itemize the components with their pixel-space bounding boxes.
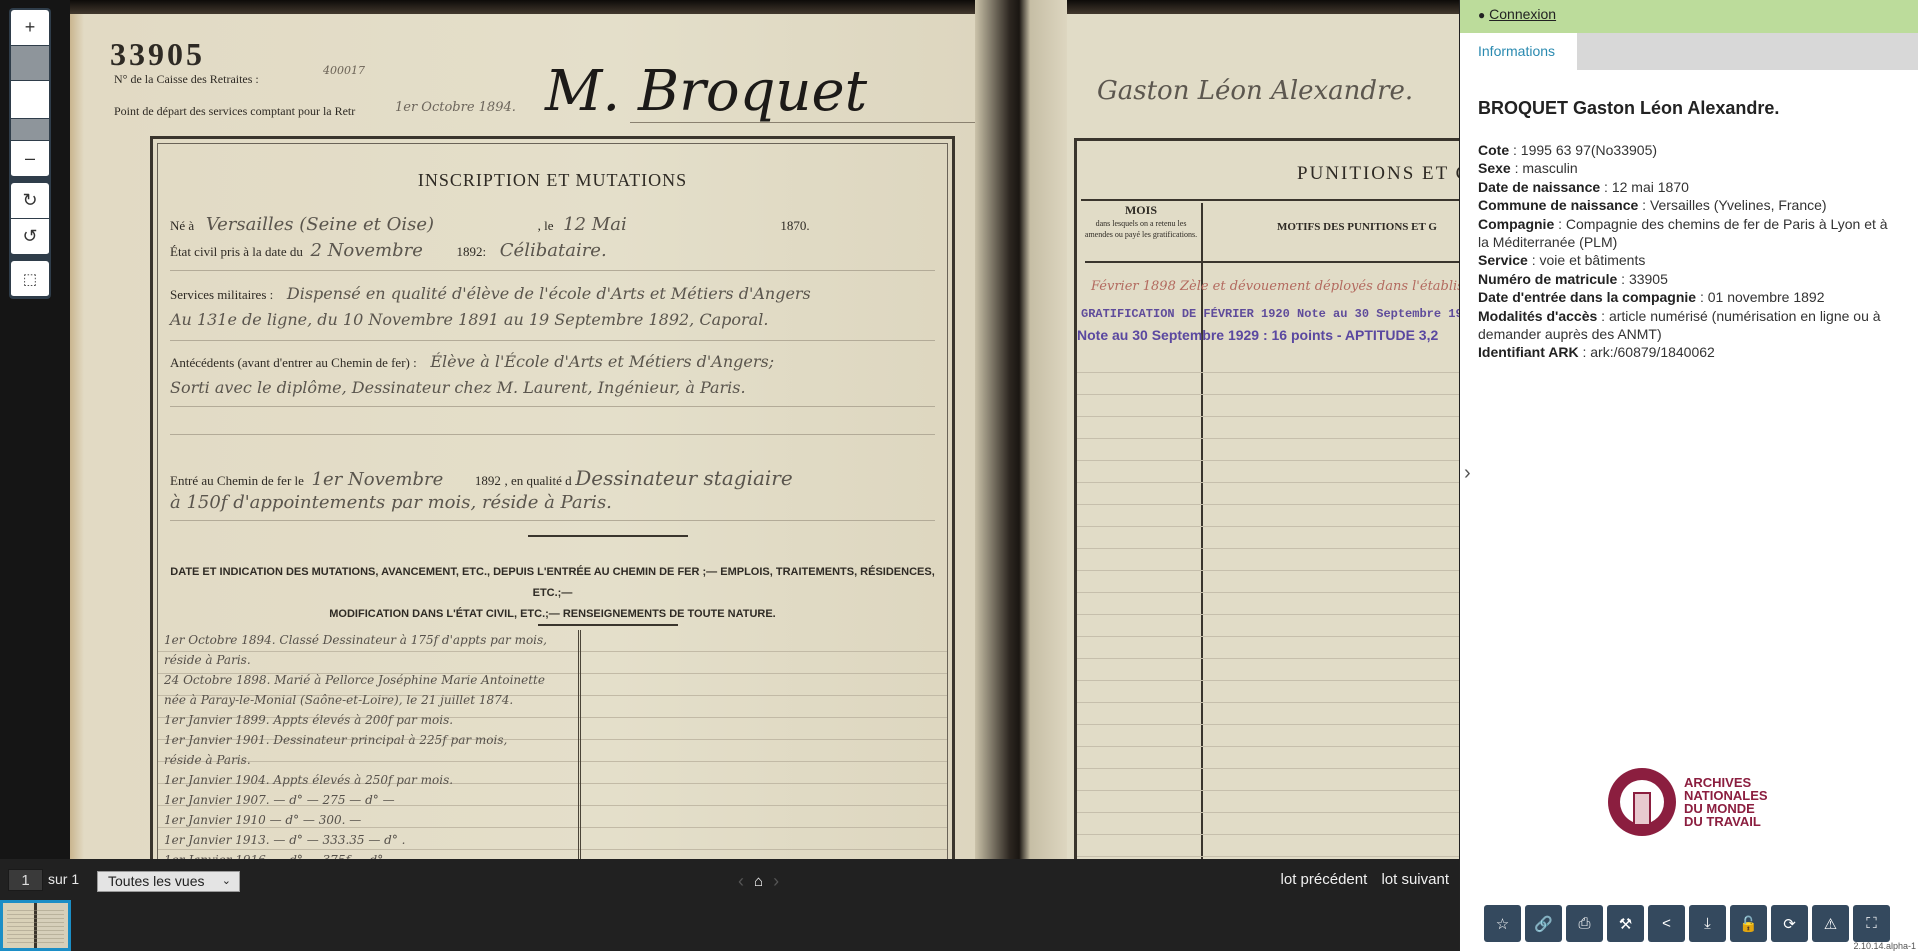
- ruled-lines: [1077, 351, 1459, 859]
- collapse-panel-arrow-icon[interactable]: ›: [1464, 462, 1471, 485]
- action-toolbar: ☆ 🔗 ⎙ ⚒ < ⤓ 🔓 ⟳ ⚠ ⛶: [1484, 905, 1890, 942]
- mutation-entry: 1er Janvier 1910 — d° — 300. —: [164, 810, 574, 830]
- refresh-icon: ⟳: [1783, 915, 1796, 933]
- mutation-entry: 1er Janvier 1907. — d° — 275 — d° —: [164, 790, 574, 810]
- rule: [1081, 199, 1459, 201]
- depart-value: 1er Octobre 1894.: [395, 100, 516, 115]
- print-icon: ⎙: [1578, 915, 1590, 932]
- field-value: masculin: [1522, 160, 1577, 176]
- birth-le: , le: [538, 218, 554, 233]
- field-value: voie et bâtiments: [1540, 252, 1646, 268]
- lot-navigation: lot précédent lot suivant: [1271, 871, 1449, 888]
- warning-icon: ⚠: [1824, 915, 1837, 933]
- anmt-logo: ARCHIVES NATIONALES DU MONDE DU TRAVAIL: [1608, 768, 1768, 836]
- zoom-slider-track[interactable]: [11, 119, 49, 141]
- birth-date: 12 Mai: [563, 214, 627, 235]
- field-label: Cote: [1478, 142, 1509, 158]
- field-label: Date de naissance: [1478, 179, 1600, 195]
- field-cote: Cote : 1995 63 97(No33905): [1478, 141, 1900, 159]
- rule: [170, 520, 935, 521]
- panel-body: BROQUET Gaston Léon Alexandre. Cote : 19…: [1460, 70, 1918, 362]
- viewer-bottom-bar: sur 1 Toutes les vues ⌄ ‹ ⌂ › lot précéd…: [0, 859, 1459, 951]
- field-value: 01 novembre 1892: [1708, 289, 1825, 305]
- zoom-toolbar: + – ↻ ↺ ⬚: [9, 8, 51, 299]
- view-filter-value: Toutes les vues: [108, 873, 205, 889]
- field-label: Commune de naissance: [1478, 197, 1638, 213]
- minus-icon: –: [25, 148, 35, 169]
- surname-heading: M. Broquet: [545, 59, 867, 124]
- caisse-label: N° de la Caisse des Retraites :: [114, 72, 259, 87]
- info-panel: ● Connexion Informations › BROQUET Gasto…: [1459, 0, 1918, 951]
- login-link[interactable]: Connexion: [1489, 6, 1556, 22]
- previous-image-arrow-icon[interactable]: ‹: [738, 871, 744, 892]
- entry-line2: à 150f d'appointements par mois, réside …: [170, 492, 612, 513]
- field-separator: :: [1600, 179, 1612, 195]
- field-ark: Identifiant ARK : ark:/60879/1840062: [1478, 343, 1900, 361]
- fullscreen-icon: ⛶: [1866, 915, 1877, 932]
- military-line2: Au 131e de ligne, du 10 Novembre 1891 au…: [170, 310, 768, 329]
- zoom-slider-track[interactable]: [11, 46, 49, 81]
- rule: [170, 434, 935, 435]
- field-value: ark:/60879/1840062: [1590, 344, 1715, 360]
- field-separator: :: [1638, 197, 1650, 213]
- refresh-button[interactable]: ⟳: [1771, 905, 1808, 942]
- entry-year: 1892: [475, 473, 501, 488]
- download-icon: ⤓: [1704, 915, 1711, 932]
- unlock-icon: 🔓: [1739, 915, 1758, 933]
- field-value: 1995 63 97(No33905): [1521, 142, 1657, 158]
- zoom-in-button[interactable]: +: [11, 10, 49, 46]
- field-separator: :: [1579, 344, 1591, 360]
- register-number: 33905: [110, 36, 205, 73]
- military-row: Services militaires : Dispensé en qualit…: [170, 284, 935, 303]
- tools-button[interactable]: ⚒: [1607, 905, 1644, 942]
- field-matricule: Numéro de matricule : 33905: [1478, 270, 1900, 288]
- mutations-list: 1er Octobre 1894. Classé Dessinateur à 1…: [164, 630, 574, 859]
- rule: [1085, 261, 1459, 263]
- ornament-rule: [528, 535, 688, 537]
- mutation-entry: 1er Janvier 1904. Appts élevés à 250f pa…: [164, 770, 574, 790]
- mutation-entry: 24 Octobre 1898. Marié à Pellorce Joséph…: [164, 670, 574, 690]
- rule: [170, 270, 935, 271]
- mutation-entry: réside à Paris.: [164, 650, 574, 670]
- entry-date: 1er Novembre: [312, 469, 444, 490]
- field-separator: :: [1528, 252, 1540, 268]
- field-separator: :: [1597, 308, 1609, 324]
- field-label: Service: [1478, 252, 1528, 268]
- mois-subtitle: dans lesquels on a retenu les amendes ou…: [1083, 218, 1199, 240]
- field-label: Identifiant ARK: [1478, 344, 1579, 360]
- print-button[interactable]: ⎙: [1566, 905, 1603, 942]
- rotate-left-button[interactable]: ↺: [11, 219, 49, 255]
- caisse-value: 400017: [323, 64, 365, 77]
- antecedents-row-2: Sorti avec le diplôme, Dessinateur chez …: [170, 378, 935, 397]
- magic-wand-icon: ⚒: [1619, 915, 1632, 933]
- antecedents-row: Antécédents (avant d'entrer au Chemin de…: [170, 352, 935, 371]
- mutation-entry: 1er Janvier 1899. Appts élevés à 200f pa…: [164, 710, 574, 730]
- entry-qualite-label: , en qualité d: [504, 473, 571, 488]
- report-button[interactable]: ⚠: [1812, 905, 1849, 942]
- stamp-line-2: Note au 30 Septembre 1929 : 16 points - …: [1077, 327, 1438, 343]
- chevron-down-icon: ⌄: [222, 872, 231, 891]
- field-label: Modalités d'accès: [1478, 308, 1597, 324]
- field-label: Numéro de matricule: [1478, 271, 1617, 287]
- field-label: Compagnie: [1478, 216, 1554, 232]
- field-date-naissance: Date de naissance : 12 mai 1870: [1478, 178, 1900, 196]
- rotate-right-button[interactable]: ↻: [11, 183, 49, 219]
- rotate-right-icon: ↻: [22, 190, 37, 211]
- previous-lot-link[interactable]: lot précédent: [1281, 871, 1368, 888]
- field-date-entree: Date d'entrée dans la compagnie : 01 nov…: [1478, 288, 1900, 306]
- logo-line: DU TRAVAIL: [1684, 815, 1768, 828]
- mutation-entry: 1er Janvier 1901. Dessinateur principal …: [164, 730, 574, 750]
- military-row-2: Au 131e de ligne, du 10 Novembre 1891 au…: [170, 310, 935, 329]
- left-page: 33905 N° de la Caisse des Retraites : 40…: [70, 14, 975, 859]
- selection-tool-button[interactable]: ⬚: [11, 261, 49, 297]
- civil-status-value: Célibataire.: [500, 240, 607, 261]
- rotate-left-icon: ↺: [22, 226, 37, 247]
- logo-seal-icon: [1608, 768, 1676, 836]
- page-number-input[interactable]: [8, 869, 43, 891]
- birth-row: Né à Versailles (Seine et Oise) , le 12 …: [170, 214, 935, 235]
- rule: [170, 340, 935, 341]
- tab-informations[interactable]: Informations: [1460, 33, 1577, 70]
- download-button[interactable]: ⤓: [1689, 905, 1726, 942]
- birth-year: 1870.: [780, 218, 809, 233]
- field-separator: :: [1511, 160, 1523, 176]
- home-image-icon[interactable]: ⌂: [754, 873, 763, 890]
- user-icon: ●: [1478, 8, 1485, 22]
- plus-icon: +: [25, 17, 36, 38]
- view-filter-select[interactable]: Toutes les vues ⌄: [97, 871, 240, 892]
- mutations-header-line1: DATE ET INDICATION DES MUTATIONS, AVANCE…: [168, 562, 937, 604]
- record-title: BROQUET Gaston Léon Alexandre.: [1478, 98, 1900, 119]
- logo-tower-icon: [1620, 780, 1664, 824]
- inscription-title: INSCRIPTION ET MUTATIONS: [158, 170, 947, 191]
- mutations-header-line2: MODIFICATION DANS L'ÉTAT CIVIL, ETC.;— R…: [168, 604, 937, 625]
- book-gutter: [975, 0, 1067, 859]
- field-compagnie: Compagnie : Compagnie des chemins de fer…: [1478, 215, 1900, 252]
- military-line1: Dispensé en qualité d'élève de l'école d…: [287, 284, 811, 303]
- field-sexe: Sexe : masculin: [1478, 159, 1900, 177]
- punitions-title: PUNITIONS ET GRAT: [1297, 163, 1459, 185]
- zoom-slider-handle[interactable]: [11, 81, 49, 119]
- military-label: Services militaires :: [170, 287, 273, 302]
- dashed-selection-icon: ⬚: [23, 270, 37, 288]
- panel-tabs: Informations: [1460, 33, 1918, 70]
- field-separator: :: [1696, 289, 1708, 305]
- field-separator: :: [1554, 216, 1566, 232]
- entry-qualite: Dessinateur stagiaire: [575, 466, 792, 490]
- inscription-box: INSCRIPTION ET MUTATIONS Né à Versailles…: [150, 136, 955, 859]
- star-icon: ☆: [1496, 915, 1509, 933]
- stamp-line-1: GRATIFICATION DE FÉVRIER 1920 Note au 30…: [1081, 307, 1459, 321]
- rule: [170, 406, 935, 407]
- share-button[interactable]: <: [1648, 905, 1685, 942]
- field-label: Date d'entrée dans la compagnie: [1478, 289, 1696, 305]
- civil-status-year: 1892:: [457, 244, 487, 259]
- field-value: 12 mai 1870: [1612, 179, 1689, 195]
- entry-row: Entré au Chemin de fer le 1er Novembre 1…: [170, 466, 935, 490]
- civil-status-label: État civil pris à la date du: [170, 244, 303, 259]
- tower-shape: [1633, 792, 1651, 824]
- login-bar: ● Connexion: [1460, 0, 1918, 33]
- field-value: 33905: [1629, 271, 1668, 287]
- civil-status-date: 2 Novembre: [310, 240, 422, 261]
- version-label: 2.10.14.alpha-1: [1853, 941, 1916, 951]
- zoom-out-button[interactable]: –: [11, 141, 49, 177]
- field-label: Sexe: [1478, 160, 1511, 176]
- mutations-header: DATE ET INDICATION DES MUTATIONS, AVANCE…: [168, 562, 937, 625]
- mutation-entry: 1er Janvier 1916. — d° — 375f — d° .: [164, 850, 574, 859]
- antecedents-line2: Sorti avec le diplôme, Dessinateur chez …: [170, 378, 746, 397]
- birth-place: Versailles (Seine et Oise): [206, 214, 434, 235]
- entry-row-2: à 150f d'appointements par mois, réside …: [170, 492, 935, 513]
- name-underline: [630, 122, 1010, 123]
- next-image-arrow-icon[interactable]: ›: [773, 871, 779, 892]
- antecedents-line1: Élève à l'École d'Arts et Métiers d'Ange…: [430, 352, 774, 371]
- image-viewer[interactable]: 33905 N° de la Caisse des Retraites : 40…: [0, 0, 1459, 859]
- image-navigation: ‹ ⌂ ›: [738, 871, 779, 892]
- column-divider: [578, 630, 581, 859]
- punitions-box: PUNITIONS ET GRAT MOIS dans lesquels on …: [1074, 138, 1459, 859]
- link-button[interactable]: 🔗: [1525, 905, 1562, 942]
- logo-text: ARCHIVES NATIONALES DU MONDE DU TRAVAIL: [1684, 776, 1768, 828]
- page-count: sur 1: [48, 871, 79, 887]
- favorite-button[interactable]: ☆: [1484, 905, 1521, 942]
- next-lot-link[interactable]: lot suivant: [1381, 871, 1449, 888]
- mutation-entry: 1er Octobre 1894. Classé Dessinateur à 1…: [164, 630, 574, 650]
- link-icon: 🔗: [1534, 915, 1553, 933]
- entry-label: Entré au Chemin de fer le: [170, 473, 304, 488]
- civil-status-row: État civil pris à la date du 2 Novembre …: [170, 240, 935, 261]
- page-thumbnail[interactable]: [0, 900, 71, 951]
- thumbnail-image: [3, 903, 68, 948]
- mutation-entry: réside à Paris.: [164, 750, 574, 770]
- motifs-header: MOTIFS DES PUNITIONS ET G: [1277, 221, 1437, 233]
- document-scan[interactable]: 33905 N° de la Caisse des Retraites : 40…: [70, 0, 1459, 859]
- antecedents-label: Antécédents (avant d'entrer au Chemin de…: [170, 355, 417, 370]
- ornament-rule: [538, 624, 678, 626]
- depart-label: Point de départ des services comptant po…: [114, 104, 355, 119]
- mois-title: MOIS: [1083, 203, 1199, 218]
- archive-viewer-app: 33905 N° de la Caisse des Retraites : 40…: [0, 0, 1918, 951]
- field-separator: :: [1617, 271, 1629, 287]
- field-service: Service : voie et bâtiments: [1478, 251, 1900, 269]
- given-names: Gaston Léon Alexandre.: [1097, 76, 1413, 106]
- fullscreen-button[interactable]: ⛶: [1853, 905, 1890, 942]
- field-commune-naissance: Commune de naissance : Versailles (Yveli…: [1478, 196, 1900, 214]
- gratification-entry: Février 1898 Zèle et dévouement déployés…: [1091, 279, 1459, 294]
- field-separator: :: [1509, 142, 1521, 158]
- inscription-box-inner: INSCRIPTION ET MUTATIONS Né à Versailles…: [157, 143, 948, 859]
- mutation-entry: 1er Janvier 1913. — d° — 333.35 — d° .: [164, 830, 574, 850]
- unlock-button[interactable]: 🔓: [1730, 905, 1767, 942]
- right-page: Gaston Léon Alexandre. PUNITIONS ET GRAT…: [1067, 14, 1459, 859]
- field-value: Versailles (Yvelines, France): [1650, 197, 1827, 213]
- field-modalites-acces: Modalités d'accès : article numérisé (nu…: [1478, 307, 1900, 344]
- mutation-entry: née à Paray-le-Monial (Saône-et-Loire), …: [164, 690, 574, 710]
- share-icon: <: [1662, 915, 1671, 932]
- birth-label: Né à: [170, 218, 194, 233]
- mois-column-header: MOIS dans lesquels on a retenu les amend…: [1083, 203, 1199, 263]
